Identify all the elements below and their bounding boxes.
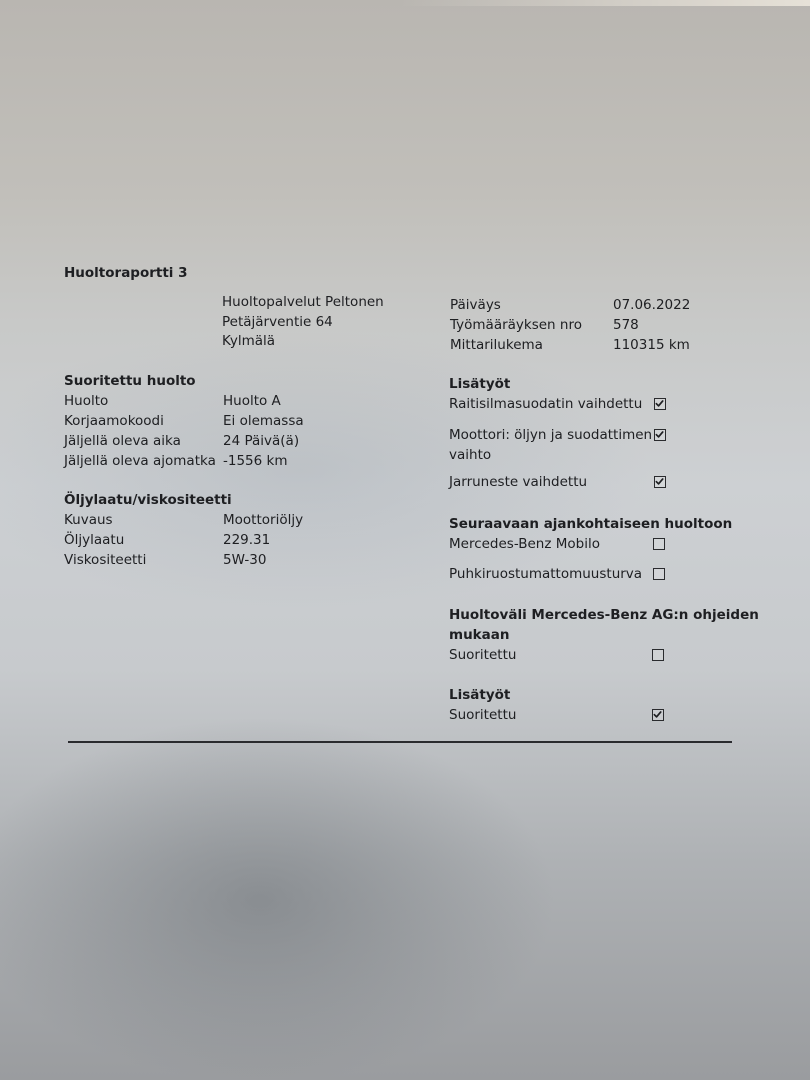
checkbox-checked-icon[interactable] [654, 429, 666, 441]
oil-heading: Öljylaatu/viskositeetti [64, 491, 232, 509]
remaining-time-label: Jäljellä oleva aika [64, 432, 181, 450]
oil-grade-label: Öljylaatu [64, 531, 124, 549]
oil-grade-value: 229.31 [223, 531, 270, 549]
service-label: Huolto [64, 392, 108, 410]
checkbox-empty-icon[interactable] [653, 538, 665, 550]
engine-oil-label-line1: Moottori: öljyn ja suodattimen [449, 426, 652, 444]
checkbox-checked-icon[interactable] [652, 709, 664, 721]
workshop-street: Petäjärventie 64 [222, 313, 333, 331]
odometer-label: Mittarilukema [450, 336, 543, 354]
cabin-filter-label: Raitisilmasuodatin vaihdettu [449, 395, 642, 413]
service-value: Huolto A [223, 392, 281, 410]
additional-work-2-heading: Lisätyöt [449, 686, 510, 704]
work-order-label: Työmääräyksen nro [450, 316, 582, 334]
next-service-heading: Seuraavaan ajankohtaiseen huoltoon [449, 515, 732, 533]
checkmark-icon [655, 477, 664, 486]
bottom-divider [68, 741, 732, 743]
interval-done-label: Suoritettu [449, 646, 516, 664]
oil-description-value: Moottoriöljy [223, 511, 303, 529]
viscosity-value: 5W-30 [223, 551, 266, 569]
oil-description-label: Kuvaus [64, 511, 113, 529]
date-value: 07.06.2022 [613, 296, 690, 314]
workshop-code-label: Korjaamokoodi [64, 412, 164, 430]
engine-oil-label-line2: vaihto [449, 446, 491, 464]
service-report-document: Huoltoraportti 3 Huoltopalvelut Peltonen… [0, 0, 810, 1080]
workshop-name: Huoltopalvelut Peltonen [222, 293, 384, 311]
rust-warranty-label: Puhkiruostumattomuusturva [449, 565, 642, 583]
checkmark-icon [655, 399, 664, 408]
remaining-distance-value: -1556 km [223, 452, 288, 470]
workshop-code-value: Ei olemassa [223, 412, 304, 430]
additional-work-2-done-label: Suoritettu [449, 706, 516, 724]
viscosity-label: Viskositeetti [64, 551, 146, 569]
remaining-distance-label: Jäljellä oleva ajomatka [64, 452, 216, 470]
checkbox-checked-icon[interactable] [654, 476, 666, 488]
performed-service-heading: Suoritettu huolto [64, 372, 196, 390]
checkmark-icon [655, 430, 664, 439]
checkbox-empty-icon[interactable] [653, 568, 665, 580]
interval-heading-line2: mukaan [449, 626, 510, 644]
mobilo-label: Mercedes-Benz Mobilo [449, 535, 600, 553]
remaining-time-value: 24 Päivä(ä) [223, 432, 299, 450]
interval-heading-line1: Huoltoväli Mercedes-Benz AG:n ohjeiden [449, 606, 759, 624]
odometer-value: 110315 km [613, 336, 690, 354]
work-order-value: 578 [613, 316, 639, 334]
workshop-city: Kylmälä [222, 332, 275, 350]
checkmark-icon [653, 710, 662, 719]
brake-fluid-label: Jarruneste vaihdettu [449, 473, 587, 491]
report-title: Huoltoraportti 3 [64, 264, 188, 282]
date-label: Päiväys [450, 296, 501, 314]
checkbox-checked-icon[interactable] [654, 398, 666, 410]
checkbox-empty-icon[interactable] [652, 649, 664, 661]
additional-work-heading: Lisätyöt [449, 375, 510, 393]
